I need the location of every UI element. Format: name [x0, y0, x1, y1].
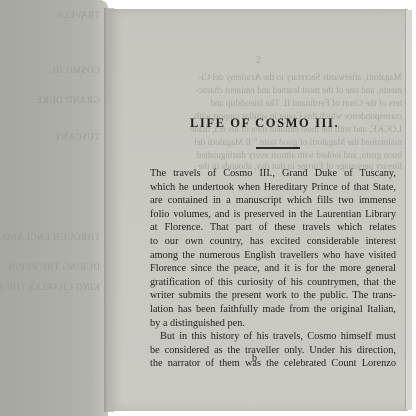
ghost-text: TUSCANY — [0, 132, 100, 142]
body-line: The travels of Cosmo III., Grand Duke of… — [150, 167, 396, 181]
right-page: 2 Magalotti, afterwards Secretary to the… — [108, 9, 408, 411]
body-line: by a distinguished pen. — [150, 317, 396, 331]
body-line: writer submits the present work to the p… — [150, 289, 396, 303]
body-line: the narrator of them was the celebrated … — [150, 357, 396, 371]
body-line: Florence since the peace, and it is for … — [150, 262, 396, 276]
body-text: The travels of Cosmo III., Grand Duke of… — [150, 167, 396, 371]
body-line: among the numerous English travellers wh… — [150, 249, 396, 263]
body-line: at Florence. That part of these travels … — [150, 221, 396, 235]
signature-mark: b — [252, 353, 257, 364]
bleed-through-line: mento, and one of the most learned and e… — [152, 84, 402, 97]
body-line: be considered as the traveller only. Und… — [150, 344, 396, 358]
ghost-text: TRAVELS — [0, 10, 100, 20]
title-rule — [256, 147, 300, 149]
bleed-through-line: ters of the Court of Ferdinand II. The f… — [152, 97, 402, 110]
ghost-text: KING CHARLES THE SECOND — [0, 282, 100, 292]
left-page: TRAVELS COSMO III. GRAND DUKE TUSCANY TH… — [0, 0, 108, 416]
body-line: which he undertook when Hereditary Princ… — [150, 181, 396, 195]
bleed-through-page-number: 2 — [256, 55, 261, 66]
body-line: folio volumes, and is preserved in the L… — [150, 208, 396, 222]
bleed-through-line: Magalotti, afterwards Secretary to the A… — [152, 71, 402, 84]
ghost-text: THROUGH ENGLAND — [0, 232, 100, 242]
page-edge — [405, 10, 412, 410]
body-line: But in this history of his travels, Cosm… — [150, 330, 396, 344]
ghost-text: DURING THE REIGN — [0, 262, 100, 272]
chapter-title: LIFE OF COSMO III. — [190, 116, 339, 131]
body-line: gratification of this curiosity of his c… — [150, 276, 396, 290]
body-line: lation has been faithfully made from the… — [150, 303, 396, 317]
body-line: to our own country, has excited consider… — [150, 235, 396, 249]
ghost-text: COSMO III. — [0, 65, 100, 75]
body-line: are contained in a manuscript which fill… — [150, 194, 396, 208]
ghost-text: GRAND DUKE — [0, 95, 100, 105]
